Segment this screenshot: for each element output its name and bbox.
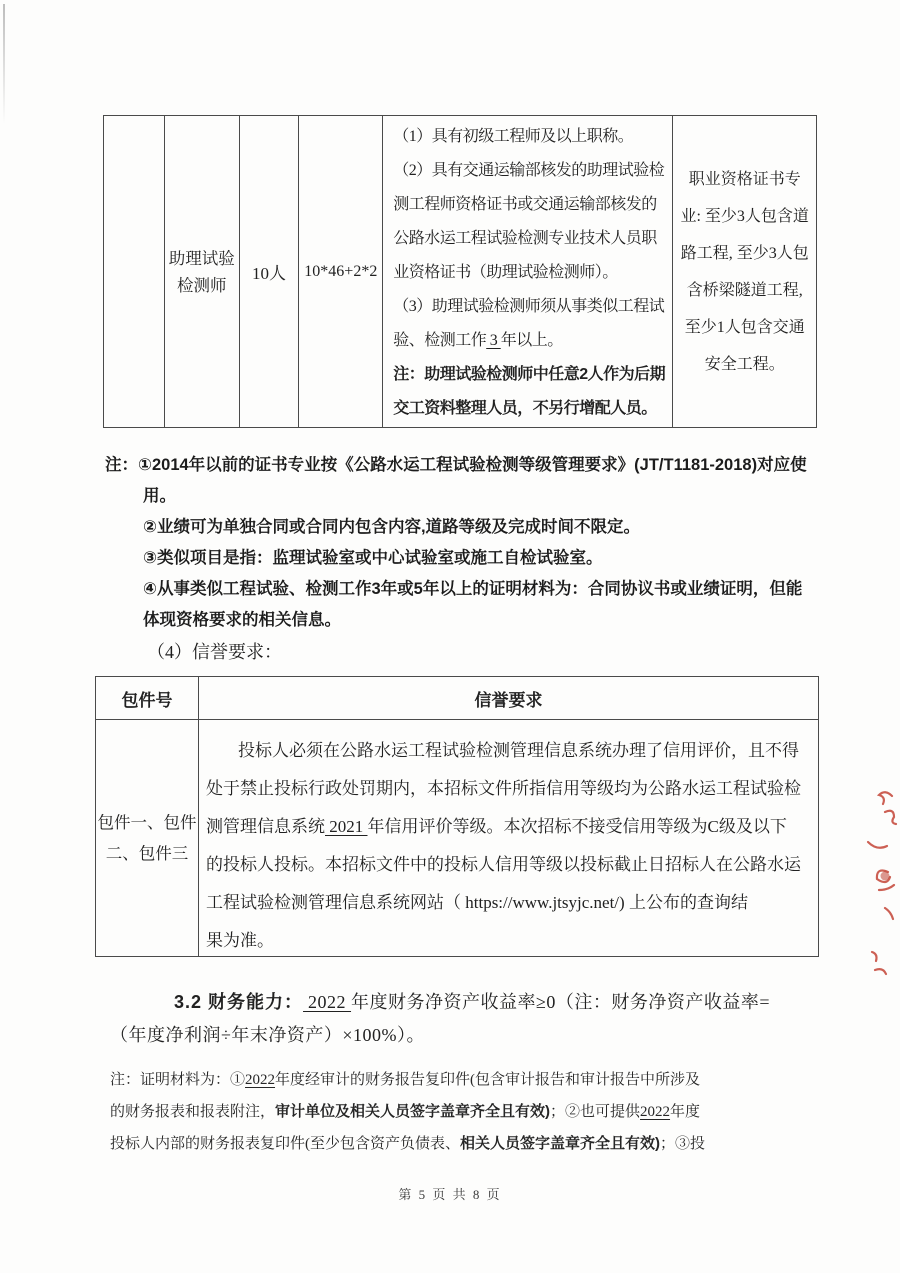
note-line-1-cont: 用。 — [105, 481, 821, 512]
package-label-cell: 包件一、包件 二、包件三 — [96, 720, 199, 956]
req-line: 业资格证书（助理试验检测师）。 — [393, 256, 667, 290]
package-label-line-1: 包件一、包件 — [98, 807, 197, 838]
finance-line-2: （年度净利润÷年末净资产）×100%）。 — [110, 1019, 830, 1052]
underlined-year-2021: 2021 — [325, 817, 368, 836]
finance-note-line-1: 注：证明材料为：①2022年度经审计的财务报告复印件(包含审计报告和审计报告中所… — [110, 1064, 830, 1096]
personnel-cell-cert-spec: 职业资格证书专 业: 至少3人包含道 路工程, 至少3人包 含桥梁隧道工程, 至… — [672, 116, 816, 427]
req-line: 测工程师资格证书或交通运输部核发的 — [393, 188, 667, 222]
fn2-underlined-year: 2022 — [640, 1104, 670, 1120]
credit-table-body-row: 包件一、包件 二、包件三 投标人必须在公路水运工程试验检测管理信息系统办理了信用… — [96, 720, 818, 956]
handwritten-red-marks — [858, 780, 900, 980]
formula-value: 10*46+2*2 — [304, 263, 377, 281]
financial-capability-section: 3.2 财务能力： 2022 年度财务净资产收益率≥0（注：财务净资产收益率= … — [110, 986, 830, 1052]
fn2-post: 年度 — [670, 1104, 700, 1120]
credit-text-line: 测管理信息系统 2021 年信用评价等级。本次招标不接受信用等级为C级及以下 — [206, 808, 812, 846]
credit-text-line: 处于禁止投标行政处罚期内，本招标文件所指信用等级均为公路水运工程试验检 — [206, 770, 812, 808]
personnel-cell-role: 助理试验 检测师 — [164, 116, 239, 427]
fn1-underlined-year: 2022 — [245, 1072, 275, 1088]
req-note-line: 注：助理试验检测师中任意2人作为后期 — [393, 358, 667, 392]
note-line-1: 注：①2014年以前的证书专业按《公路水运工程试验检测等级管理要求》(JT/T1… — [105, 450, 821, 481]
fn1-post: 年度经审计的财务报告复印件(包含审计报告和审计报告中所涉及 — [275, 1072, 700, 1088]
fn2-mid: ；②也可提供 — [550, 1104, 640, 1120]
fn2-bold: 审计单位及相关人员签字盖章齐全且有效) — [275, 1103, 550, 1120]
credit-text-line: 投标人必须在公路水运工程试验检测管理信息系统办理了信用评价，且不得 — [206, 732, 812, 770]
credit-line-post: 年信用评价等级。本次招标不接受信用等级为C级及以下 — [368, 817, 787, 836]
underlined-year-2022: 2022 — [303, 992, 351, 1012]
req-line: （1）具有初级工程师及以上职称。 — [393, 120, 667, 154]
page-number-footer: 第 5 页 共 8 页 — [0, 1184, 900, 1203]
header-package-number: 包件号 — [96, 677, 199, 719]
credit-text-line: 果为准。 — [206, 922, 812, 956]
fn1-pre: 注：证明材料为：① — [110, 1072, 245, 1088]
role-line-2: 检测师 — [177, 272, 227, 299]
table-notes: 注：①2014年以前的证书专业按《公路水运工程试验检测等级管理要求》(JT/T1… — [105, 450, 821, 636]
note-1-text: ①2014年以前的证书专业按《公路水运工程试验检测等级管理要求》(JT/T118… — [138, 456, 807, 474]
role-line-1: 助理试验 — [169, 245, 235, 272]
finance-label: 3.2 财务能力： — [174, 992, 303, 1012]
document-page: 助理试验 检测师 10人 10*46+2*2 （1）具有初级工程师及以上职称。 … — [0, 0, 900, 1273]
personnel-cell-requirements: （1）具有初级工程师及以上职称。 （2）具有交通运输部核发的助理试验检 测工程师… — [382, 116, 672, 427]
personnel-cell-formula: 10*46+2*2 — [298, 116, 382, 427]
finance-note-line-2: 的财务报表和报表附注，审计单位及相关人员签字盖章齐全且有效)；②也可提供2022… — [110, 1096, 830, 1128]
note-line-4: ④从事类似工程试验、检测工作3年或5年以上的证明材料为：合同协议书或业绩证明，但… — [105, 574, 821, 605]
req-line-pre: 验、检测工作 — [393, 332, 486, 349]
cert-line: 至少1人包含交通 — [685, 309, 805, 346]
fn2-pre: 的财务报表和报表附注， — [110, 1104, 275, 1120]
credit-requirements-heading: （4）信誉要求： — [147, 640, 282, 664]
req-line: （3）助理试验检测师须从事类似工程试 — [393, 290, 667, 324]
cert-line: 含桥梁隧道工程, — [687, 272, 803, 309]
note-line-3: ③类似项目是指：监理试验室或中心试验室或施工自检试验室。 — [105, 543, 821, 574]
req-line: 验、检测工作 3 年以上。 — [393, 324, 667, 358]
credit-requirement-cell: 投标人必须在公路水运工程试验检测管理信息系统办理了信用评价，且不得 处于禁止投标… — [199, 720, 818, 956]
req-line: （2）具有交通运输部核发的助理试验检 — [393, 154, 667, 188]
personnel-cell-count: 10人 — [239, 116, 299, 427]
req-line-post: 年以上。 — [501, 332, 563, 349]
finance-rest: 年度财务净资产收益率≥0（注：财务净资产收益率= — [351, 992, 770, 1012]
credit-table: 包件号 信誉要求 包件一、包件 二、包件三 投标人必须在公路水运工程试验检测管理… — [95, 676, 819, 957]
note-label: 注： — [105, 456, 138, 474]
personnel-table: 助理试验 检测师 10人 10*46+2*2 （1）具有初级工程师及以上职称。 … — [103, 115, 817, 428]
finance-note: 注：证明材料为：①2022年度经审计的财务报告复印件(包含审计报告和审计报告中所… — [110, 1064, 830, 1160]
fn3-bold: 相关人员签字盖章齐全且有效) — [460, 1135, 660, 1152]
note-line-2: ②业绩可为单独合同或合同内包含内容,道路等级及完成时间不限定。 — [105, 512, 821, 543]
package-label-line-2: 二、包件三 — [106, 838, 189, 869]
cert-line: 业: 至少3人包含道 — [680, 198, 808, 235]
fn3-post: ；③投 — [660, 1136, 705, 1152]
credit-text-line: 的投标人投标。本招标文件中的投标人信用等级以投标截止日招标人在公路水运 — [206, 846, 812, 884]
header-credit-requirement: 信誉要求 — [199, 677, 818, 719]
note-line-4-cont: 体现资格要求的相关信息。 — [105, 605, 821, 636]
count-value: 10人 — [252, 259, 286, 284]
credit-text-line: 工程试验检测管理信息系统网站（ https://www.jtsyjc.net/)… — [206, 884, 812, 922]
underlined-years: 3 — [486, 332, 501, 349]
finance-line-1: 3.2 财务能力： 2022 年度财务净资产收益率≥0（注：财务净资产收益率= — [110, 986, 830, 1019]
credit-line-pre: 测管理信息系统 — [206, 817, 325, 836]
cert-line: 安全工程。 — [705, 346, 785, 383]
req-line: 公路水运工程试验检测专业技术人员职 — [393, 222, 667, 256]
req-note-line: 交工资料整理人员，不另行增配人员。 — [393, 392, 667, 426]
scan-edge-artifact — [3, 4, 5, 124]
cert-line: 职业资格证书专 — [689, 161, 801, 198]
fn3-pre: 投标人内部的财务报表复印件(至少包含资产负债表、 — [110, 1136, 460, 1152]
cert-line: 路工程, 至少3人包 — [681, 235, 809, 272]
credit-table-header-row: 包件号 信誉要求 — [96, 677, 818, 720]
personnel-cell-blank — [104, 116, 164, 427]
finance-note-line-3: 投标人内部的财务报表复印件(至少包含资产负债表、相关人员签字盖章齐全且有效)；③… — [110, 1128, 830, 1160]
